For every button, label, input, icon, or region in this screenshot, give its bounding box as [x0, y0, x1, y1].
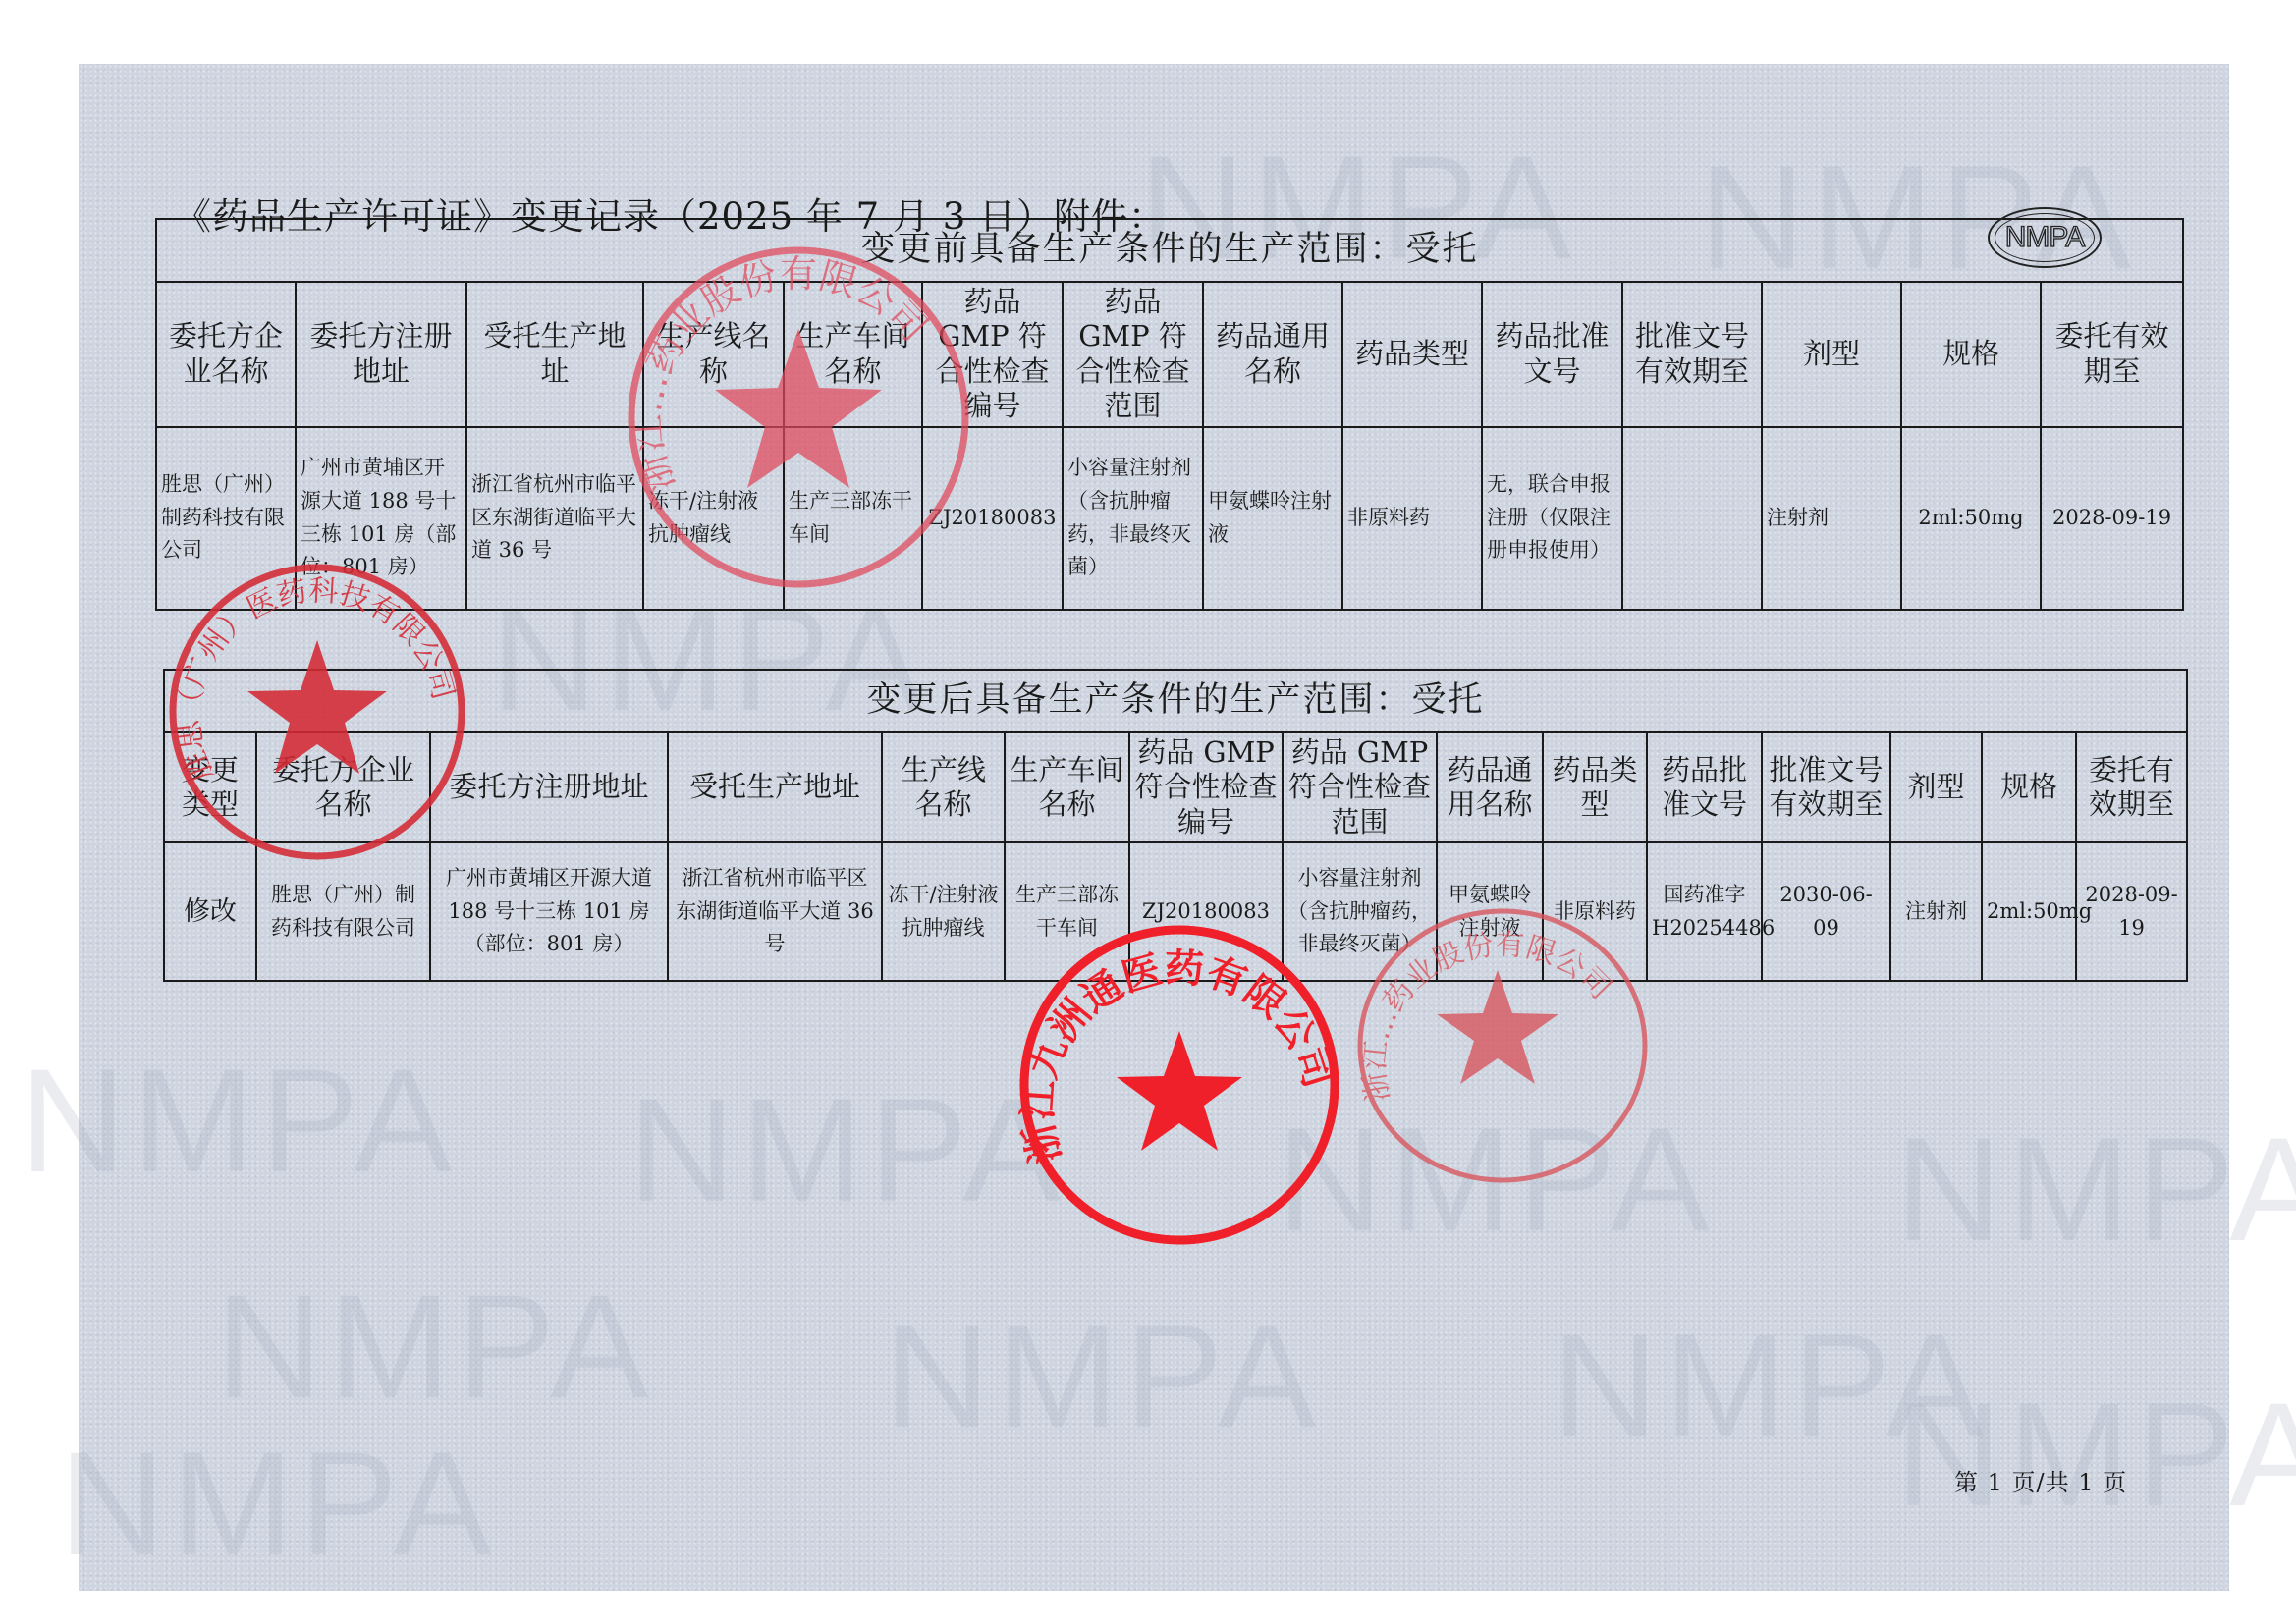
- drug-type-cell: 非原料药: [1543, 842, 1647, 981]
- gmp-scope-cell: 小容量注射剂（含抗肿瘤药，非最终灭菌）: [1063, 427, 1203, 610]
- column-header: 药品 GMP 符合性检查编号: [1129, 732, 1283, 842]
- column-header: 委托方企业名称: [256, 732, 430, 842]
- column-header: 药品 GMP 符合性检查范围: [1063, 282, 1203, 427]
- before-change-table: 变更前具备生产条件的生产范围：受托 委托方企业名称 委托方注册地址 受托生产地址…: [155, 218, 2184, 611]
- column-header: 生产线名称: [882, 732, 1005, 842]
- production-address-cell: 浙江省杭州市临平区东湖街道临平大道 36 号: [466, 427, 643, 610]
- workshop-name-cell: 生产三部冻干车间: [784, 427, 922, 610]
- column-header: 受托生产地址: [668, 732, 882, 842]
- generic-name-cell: 甲氨蝶呤注射液: [1437, 842, 1543, 981]
- column-header: 委托方企业名称: [156, 282, 296, 427]
- column-header: 药品批准文号: [1647, 732, 1762, 842]
- client-address-cell: 广州市黄埔区开源大道 188 号十三栋 101 房（部位：801 房）: [296, 427, 466, 610]
- column-header: 变更类型: [164, 732, 256, 842]
- section-title: 变更后具备生产条件的生产范围：受托: [164, 670, 2187, 732]
- column-header: 药品类型: [1543, 732, 1647, 842]
- column-header: 药品 GMP 符合性检查编号: [922, 282, 1063, 427]
- column-header: 受托生产地址: [466, 282, 643, 427]
- nmpa-logo-text: NMPA: [1995, 213, 2095, 262]
- client-address-cell: 广州市黄埔区开源大道 188 号十三栋 101 房（部位：801 房）: [430, 842, 668, 981]
- column-header: 规格: [1901, 282, 2041, 427]
- column-header: 生产车间名称: [1005, 732, 1129, 842]
- column-header: 委托有效期至: [2076, 732, 2187, 842]
- dosage-form-cell: 注射剂: [1890, 842, 1982, 981]
- approval-number-cell: 国药准字 H20254486: [1647, 842, 1762, 981]
- change-type-cell: 修改: [164, 842, 256, 981]
- watermark: NMPA: [20, 1036, 458, 1206]
- watermark: NMPA: [216, 1262, 654, 1432]
- gmp-scope-cell: 小容量注射剂（含抗肿瘤药，非最终灭菌）: [1283, 842, 1437, 981]
- production-address-cell: 浙江省杭州市临平区东湖街道临平大道 36 号: [668, 842, 882, 981]
- watermark: NMPA: [629, 1065, 1066, 1235]
- page-indicator: 第 1 页/共 1 页: [1954, 1463, 2127, 1497]
- line-name-cell: 冻干/注射液抗肿瘤线: [643, 427, 784, 610]
- column-header: 药品 GMP 符合性检查范围: [1283, 732, 1437, 842]
- dosage-form-cell: 注射剂: [1762, 427, 1901, 610]
- column-header: 批准文号有效期至: [1762, 732, 1890, 842]
- column-header: 规格: [1982, 732, 2076, 842]
- gmp-number-cell: ZJ20180083: [1129, 842, 1283, 981]
- table-row: 修改 胜思（广州）制药科技有限公司 广州市黄埔区开源大道 188 号十三栋 10…: [164, 842, 2187, 981]
- column-header: 批准文号有效期至: [1622, 282, 1762, 427]
- column-header: 剂型: [1890, 732, 1982, 842]
- column-header: 药品类型: [1342, 282, 1482, 427]
- workshop-name-cell: 生产三部冻干车间: [1005, 842, 1129, 981]
- line-name-cell: 冻干/注射液抗肿瘤线: [882, 842, 1005, 981]
- watermark: NMPA: [1277, 1095, 1715, 1265]
- watermark: NMPA: [1895, 1105, 2296, 1274]
- specification-cell: 2ml:50mg: [1901, 427, 2041, 610]
- entrust-valid-cell: 2028-09-19: [2041, 427, 2183, 610]
- client-name-cell: 胜思（广州）制药科技有限公司: [156, 427, 296, 610]
- approval-number-cell: 无，联合申报注册（仅限注册申报使用）: [1482, 427, 1622, 610]
- column-header: 剂型: [1762, 282, 1901, 427]
- entrust-valid-cell: 2028-09-19: [2076, 842, 2187, 981]
- column-header: 委托方注册地址: [430, 732, 668, 842]
- column-header: 药品批准文号: [1482, 282, 1622, 427]
- approval-valid-cell: 2030-06-09: [1762, 842, 1890, 981]
- watermark: NMPA: [1895, 1370, 2296, 1540]
- table-row: 胜思（广州）制药科技有限公司 广州市黄埔区开源大道 188 号十三栋 101 房…: [156, 427, 2183, 610]
- after-change-table: 变更后具备生产条件的生产范围：受托 变更类型 委托方企业名称 委托方注册地址 受…: [163, 669, 2188, 982]
- section-title: 变更前具备生产条件的生产范围：受托: [156, 219, 2183, 282]
- column-header: 药品通用名称: [1437, 732, 1543, 842]
- watermark: NMPA: [1552, 1301, 1990, 1471]
- generic-name-cell: 甲氨蝶呤注射液: [1203, 427, 1342, 610]
- column-header: 生产车间名称: [784, 282, 922, 427]
- table-header-row: 委托方企业名称 委托方注册地址 受托生产地址 生产线名称 生产车间名称 药品 G…: [156, 282, 2183, 427]
- specification-cell: 2ml:50mg: [1982, 842, 2076, 981]
- client-name-cell: 胜思（广州）制药科技有限公司: [256, 842, 430, 981]
- nmpa-logo: NMPA: [1988, 207, 2102, 268]
- watermark: NMPA: [59, 1419, 497, 1589]
- table-header-row: 变更类型 委托方企业名称 委托方注册地址 受托生产地址 生产线名称 生产车间名称…: [164, 732, 2187, 842]
- column-header: 药品通用名称: [1203, 282, 1342, 427]
- column-header: 生产线名称: [643, 282, 784, 427]
- column-header: 委托方注册地址: [296, 282, 466, 427]
- gmp-number-cell: ZJ20180083: [922, 427, 1063, 610]
- drug-type-cell: 非原料药: [1342, 427, 1482, 610]
- column-header: 委托有效期至: [2041, 282, 2183, 427]
- approval-valid-cell: [1622, 427, 1762, 610]
- watermark: NMPA: [884, 1291, 1322, 1461]
